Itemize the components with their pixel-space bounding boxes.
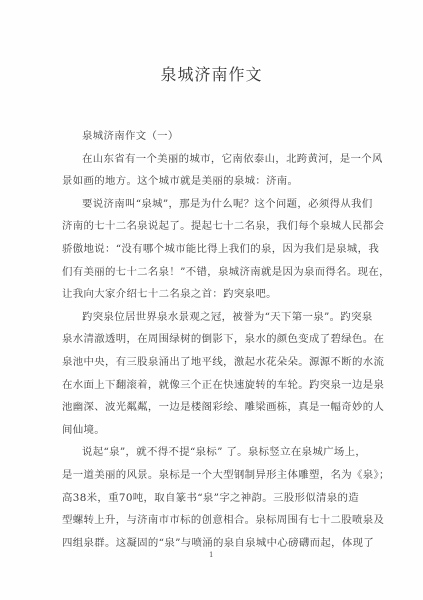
essay-subtitle: 泉城济南作文（一） <box>62 125 344 148</box>
text-line: 让我向大家介绍七十二名泉之首：趵突泉吧。 <box>62 283 344 306</box>
document-body: 泉城济南作文（一） 在山东省有一个美丽的城市，它南依泰山，北跨黄河，是一个风景如… <box>62 125 344 554</box>
text-line: 泉池中央，有三股泉涌出了地平线，激起水花朵朵。源源不断的水流 <box>62 351 344 374</box>
text-line: 四组泉群。这凝固的“泉”与喷涌的泉自泉城中心磅礴而起，体现了 <box>62 532 344 555</box>
document-title: 泉城济南作文 <box>0 62 423 85</box>
text-line: 型螺转上升，与济南市市标的创意相合。泉标周围有七十二股喷泉及 <box>62 509 344 532</box>
text-line: 泉水清澈透明，在周围绿树的倒影下，泉水的颜色变成了碧绿色。在 <box>62 328 344 351</box>
text-line: 高38米，重70吨，取自篆书“泉”字之神韵。三股形似清泉的造 <box>62 487 344 510</box>
text-line: 们有美丽的七十二名泉！”不错，泉城济南就是因为泉而得名。现在， <box>62 261 344 284</box>
text-line: 景如画的地方。这个城市就是美丽的泉城：济南。 <box>62 170 344 193</box>
text-line: 在水面上下翻滚着，就像三个正在快速旋转的车轮。趵突泉一边是泉 <box>62 374 344 397</box>
text-line: 要说济南叫“泉城”，那是为什么呢？这个问题，必须得从我们 <box>62 193 344 216</box>
text-line: 池幽深、波光粼粼，一边是楼阁彩绘、雕梁画栋，真是一幅奇妙的人 <box>62 396 344 419</box>
text-line: 是一道美丽的风景。泉标是一个大型钢制异形主体雕塑，名为《泉》； <box>62 464 344 487</box>
text-line: 趵突泉位居世界泉水景观之冠，被誉为“天下第一泉”。趵突泉 <box>62 306 344 329</box>
text-line: 骄傲地说：“没有哪个城市能比得上我们的泉，因为我们是泉城，我 <box>62 238 344 261</box>
text-line: 间仙境。 <box>62 419 344 442</box>
paragraph-lines: 在山东省有一个美丽的城市，它南依泰山，北跨黄河，是一个风景如画的地方。这个城市就… <box>62 148 344 555</box>
text-line: 说起“泉”，就不得不提“泉标” 了。泉标竖立在泉城广场上， <box>62 441 344 464</box>
text-line: 济南的七十二名泉说起了。提起七十二名泉，我们每个泉城人民都会 <box>62 215 344 238</box>
document-page: 泉城济南作文 泉城济南作文（一） 在山东省有一个美丽的城市，它南依泰山，北跨黄河… <box>0 0 423 600</box>
text-line: 在山东省有一个美丽的城市，它南依泰山，北跨黄河，是一个风 <box>62 148 344 171</box>
page-number: 1 <box>209 551 213 559</box>
